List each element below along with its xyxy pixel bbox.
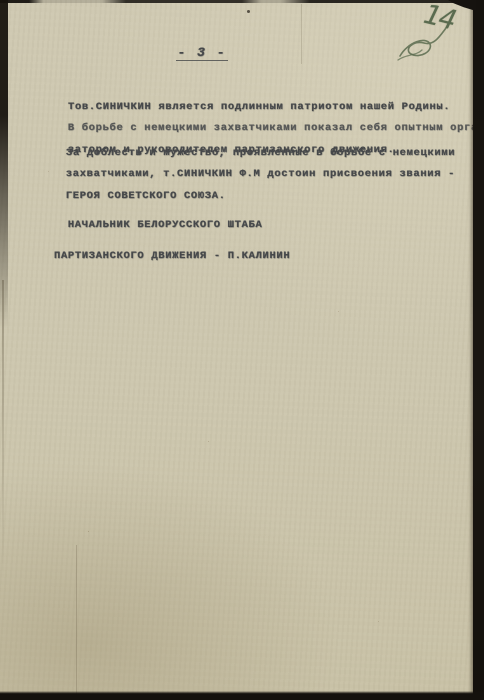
page-number: - 3 - <box>152 48 252 59</box>
signature-line-1: НАЧАЛЬНИК БЕЛОРУССКОГО ШТАБА <box>68 219 263 231</box>
paragraph-2-line-3: ГЕРОЯ СОВЕТСКОГО СОЮЗА. <box>66 190 226 202</box>
scan-edge-top <box>0 0 484 3</box>
paragraph-2-line-1: За доблесть и мужество, проявленные в бо… <box>38 148 455 159</box>
scan-edge-right <box>473 0 484 700</box>
signature-block: НАЧАЛЬНИК БЕЛОРУССКОГО ШТАБА ПАРТИЗАНСКО… <box>40 209 290 283</box>
paper-crease <box>76 545 77 695</box>
scanned-document-page: - 3 - 14 Тов.СИНИЧКИН является подлинным… <box>0 0 484 700</box>
paragraph-2-line-2: захватчиками, т.СИНИЧКИН Ф.М достоин при… <box>66 168 455 180</box>
page-number-text: - 3 - <box>176 45 227 61</box>
paragraph-1-line-1: Тов.СИНИЧКИН является подлинным патриото… <box>40 102 484 113</box>
paragraph-2: За доблесть и мужество, проявленные в бо… <box>38 127 455 212</box>
paper-specks <box>247 10 250 13</box>
signature-line-2: ПАРТИЗАНСКОГО ДВИЖЕНИЯ - П.КАЛИНИН <box>40 251 290 262</box>
paper-crease <box>301 4 302 64</box>
scan-edge-left-fade <box>2 280 4 580</box>
handwritten-flourish-mark <box>396 26 448 62</box>
scan-edge-bottom <box>0 691 484 700</box>
